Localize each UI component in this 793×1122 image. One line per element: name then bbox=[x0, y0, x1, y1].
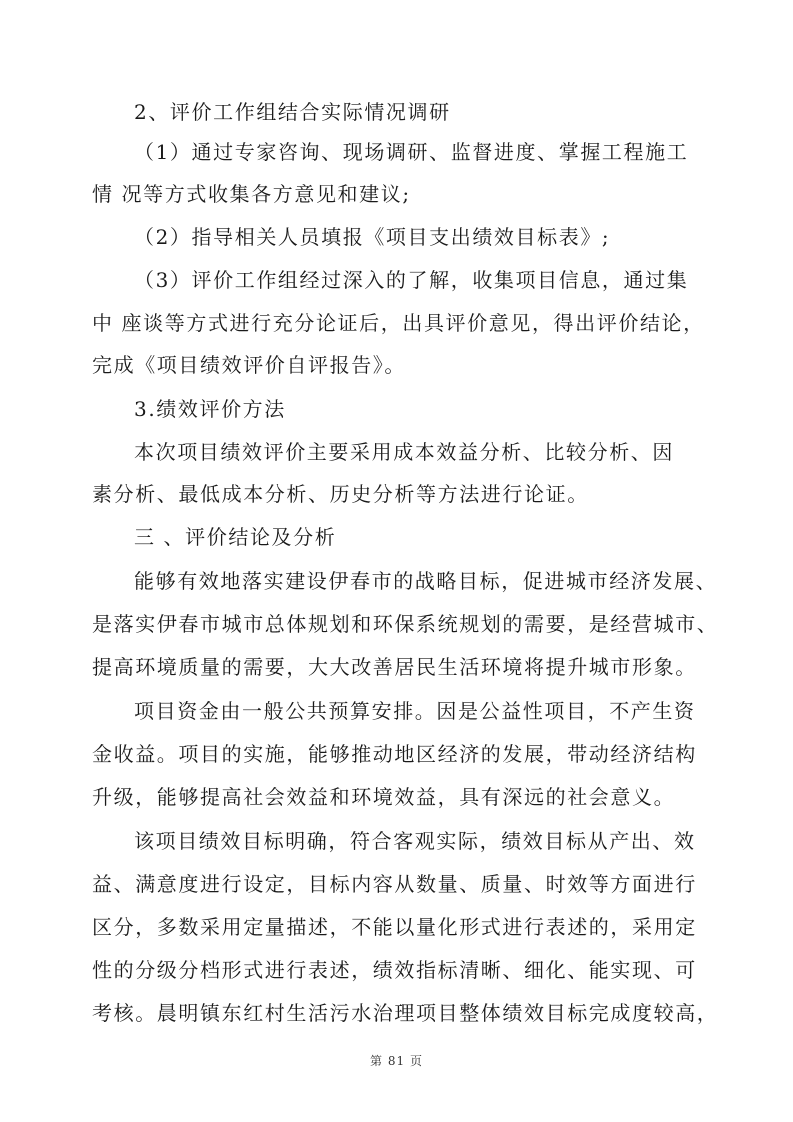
document-page: 2、评价工作组结合实际情况调研 （1）通过专家咨询、现场调研、监督进度、掌握工程… bbox=[0, 0, 793, 1122]
paragraph-line: 中 座谈等方式进行充分论证后，出具评价意见，得出评价结论， bbox=[92, 311, 705, 335]
paragraph-line: 升级，能够提高社会效益和环境效益，具有深远的社会意义。 bbox=[92, 785, 675, 809]
paragraph-line: （2）指导相关人员填报《项目支出绩效目标表》; bbox=[134, 225, 610, 249]
paragraph-line: 性的分级分档形式进行表述，绩效指标清晰、细化、能实现、可 bbox=[92, 958, 697, 982]
paragraph-line: 素分析、最低成本分析、历史分析等方法进行论证。 bbox=[92, 482, 589, 506]
paragraph-line: 是落实伊春市城市总体规划和环保系统规划的需要，是经营城市、 bbox=[92, 612, 718, 636]
paragraph-line: 益、满意度进行设定，目标内容从数量、质量、时效等方面进行 bbox=[92, 872, 697, 896]
paragraph-line: 金收益。项目的实施，能够推动地区经济的发展，带动经济结构 bbox=[92, 742, 697, 766]
paragraph-line: 考核。晨明镇东红村生活污水治理项目整体绩效目标完成度较高， bbox=[92, 1001, 718, 1025]
section-heading-conclusion: 三 、评价结论及分析 bbox=[134, 525, 336, 549]
paragraph-line: （1）通过专家咨询、现场调研、监督进度、掌握工程施工 bbox=[134, 140, 688, 164]
paragraph-line: 提高环境质量的需要，大大改善居民生活环境将提升城市形象。 bbox=[92, 655, 697, 679]
paragraph-line: 能够有效地落实建设伊春市的战略目标，促进城市经济发展、 bbox=[134, 569, 717, 593]
paragraph-line: 该项目绩效目标明确，符合客观实际，绩效目标从产出、效 bbox=[134, 829, 696, 853]
paragraph-line: （3）评价工作组经过深入的了解，收集项目信息，通过集 bbox=[134, 268, 688, 292]
page-number: 第 81 页 bbox=[0, 1052, 793, 1069]
section-heading-evaluation-method: 3.绩效评价方法 bbox=[134, 397, 286, 421]
paragraph-line: 区分，多数采用定量描述，不能以量化形式进行表述的，采用定 bbox=[92, 915, 697, 939]
section-heading-evaluation-survey: 2、评价工作组结合实际情况调研 bbox=[134, 100, 451, 124]
paragraph-line: 情 况等方式收集各方意见和建议; bbox=[92, 182, 411, 206]
paragraph-line: 完成《项目绩效评价自评报告》。 bbox=[92, 353, 406, 377]
paragraph-line: 项目资金由一般公共预算安排。因是公益性项目，不产生资 bbox=[134, 699, 696, 723]
paragraph-line: 本次项目绩效评价主要采用成本效益分析、比较分析、因 bbox=[134, 440, 674, 464]
